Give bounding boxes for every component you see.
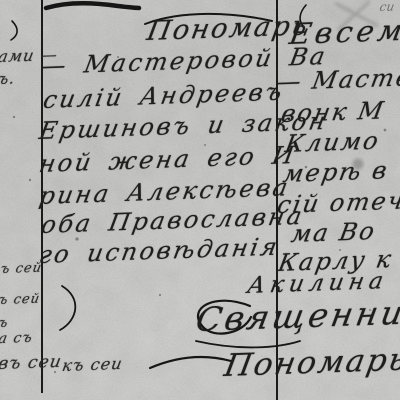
entry-line: силій Андреевъ (41, 78, 286, 114)
corner-fragment: си (379, 0, 396, 14)
header-clerk-title: Пономарь (144, 10, 311, 47)
register-page: Пономарь Евсем си ами — ъ. ъ сей ъ сей ъ… (0, 0, 400, 400)
margin-note: ъ. (0, 69, 17, 88)
entry-line: ной жена его И (37, 141, 299, 178)
right-entry-line: Климо (283, 127, 382, 158)
flourish-sexton-swash (150, 357, 231, 368)
sexton-signature: Пономарь Е (222, 340, 400, 384)
margin-note: ъ сей (0, 292, 41, 308)
right-entry-line: ма Во (289, 217, 378, 248)
flourish-left-paren (11, 21, 17, 40)
priest-signature: Священникъ (193, 291, 400, 339)
right-entry-line: сій отеч (275, 187, 400, 219)
entry-line: го исповѣданія (37, 233, 282, 269)
margin-note: къ сеи (61, 354, 125, 375)
flourish-top-left-stroke (46, 3, 139, 8)
margin-note: а съ (0, 330, 34, 347)
right-entry-line: — Мастер (274, 63, 400, 96)
right-entry-line: вонк М (279, 96, 387, 128)
flourish-big-paren (60, 286, 75, 330)
margin-note: въ сеи (0, 352, 64, 374)
right-entry-line: мерѣ в (281, 156, 391, 188)
margin-note: ъ (0, 316, 10, 331)
